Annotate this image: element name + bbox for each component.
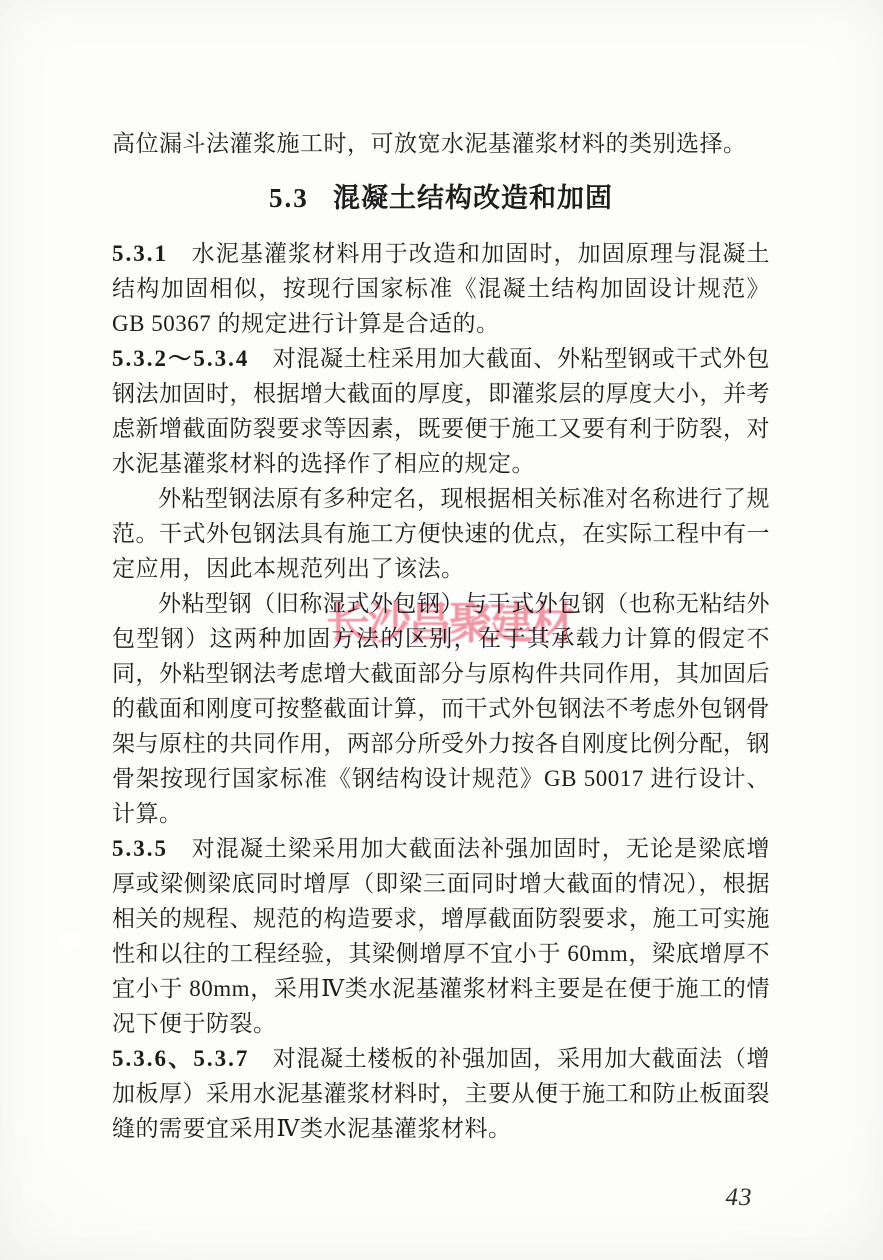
intro-text: 高位漏斗法灌浆施工时，可放宽水泥基灌浆材料的类别选择。	[112, 131, 747, 156]
clause-label: 5.3.1	[112, 241, 168, 266]
section-heading: 5.3混凝土结构改造和加固	[112, 182, 770, 214]
page-content: 高位漏斗法灌浆施工时，可放宽水泥基灌浆材料的类别选择。 5.3混凝土结构改造和加…	[112, 126, 770, 1146]
commentary-paragraph: 外粘型钢（旧称湿式外包钢）与干式外包钢（也称无粘结外包型钢）这两种加固方法的区别…	[112, 586, 770, 831]
clause-text: 水泥基灌浆材料用于改造和加固时，加固原理与混凝土结构加固相似，按现行国家标准《混…	[112, 241, 770, 336]
clause-text: 外粘型钢法原有多种定名，现根据相关标准对名称进行了规范。干式外包钢法具有施工方便…	[112, 486, 770, 581]
clause-paragraph-5-3-6-and-5-3-7: 5.3.6、5.3.7对混凝土楼板的补强加固，采用加大截面法（增加板厚）采用水泥…	[112, 1041, 770, 1146]
scan-smudge	[48, 921, 90, 961]
section-title: 混凝土结构改造和加固	[333, 183, 613, 213]
commentary-paragraph: 外粘型钢法原有多种定名，现根据相关标准对名称进行了规范。干式外包钢法具有施工方便…	[112, 481, 770, 586]
clause-text: 外粘型钢（旧称湿式外包钢）与干式外包钢（也称无粘结外包型钢）这两种加固方法的区别…	[112, 591, 770, 826]
section-number: 5.3	[269, 183, 309, 213]
clause-label: 5.3.2～5.3.4	[112, 346, 249, 371]
clause-paragraph-5-3-2-to-5-3-4: 5.3.2～5.3.4对混凝土柱采用加大截面、外粘型钢或干式外包钢法加固时，根据…	[112, 341, 770, 481]
clause-paragraph-5-3-5: 5.3.5对混凝土梁采用加大截面法补强加固时，无论是梁底增厚或梁侧梁底同时增厚（…	[112, 831, 770, 1041]
intro-paragraph: 高位漏斗法灌浆施工时，可放宽水泥基灌浆材料的类别选择。	[112, 126, 770, 161]
page-number: 43	[704, 1184, 774, 1212]
scanned-document-page: 高位漏斗法灌浆施工时，可放宽水泥基灌浆材料的类别选择。 5.3混凝土结构改造和加…	[0, 0, 883, 1260]
clause-paragraph-5-3-1: 5.3.1水泥基灌浆材料用于改造和加固时，加固原理与混凝土结构加固相似，按现行国…	[112, 236, 770, 341]
clause-label: 5.3.6、5.3.7	[112, 1046, 249, 1071]
clause-label: 5.3.5	[112, 836, 168, 861]
clause-text: 对混凝土梁采用加大截面法补强加固时，无论是梁底增厚或梁侧梁底同时增厚（即梁三面同…	[112, 836, 770, 1036]
